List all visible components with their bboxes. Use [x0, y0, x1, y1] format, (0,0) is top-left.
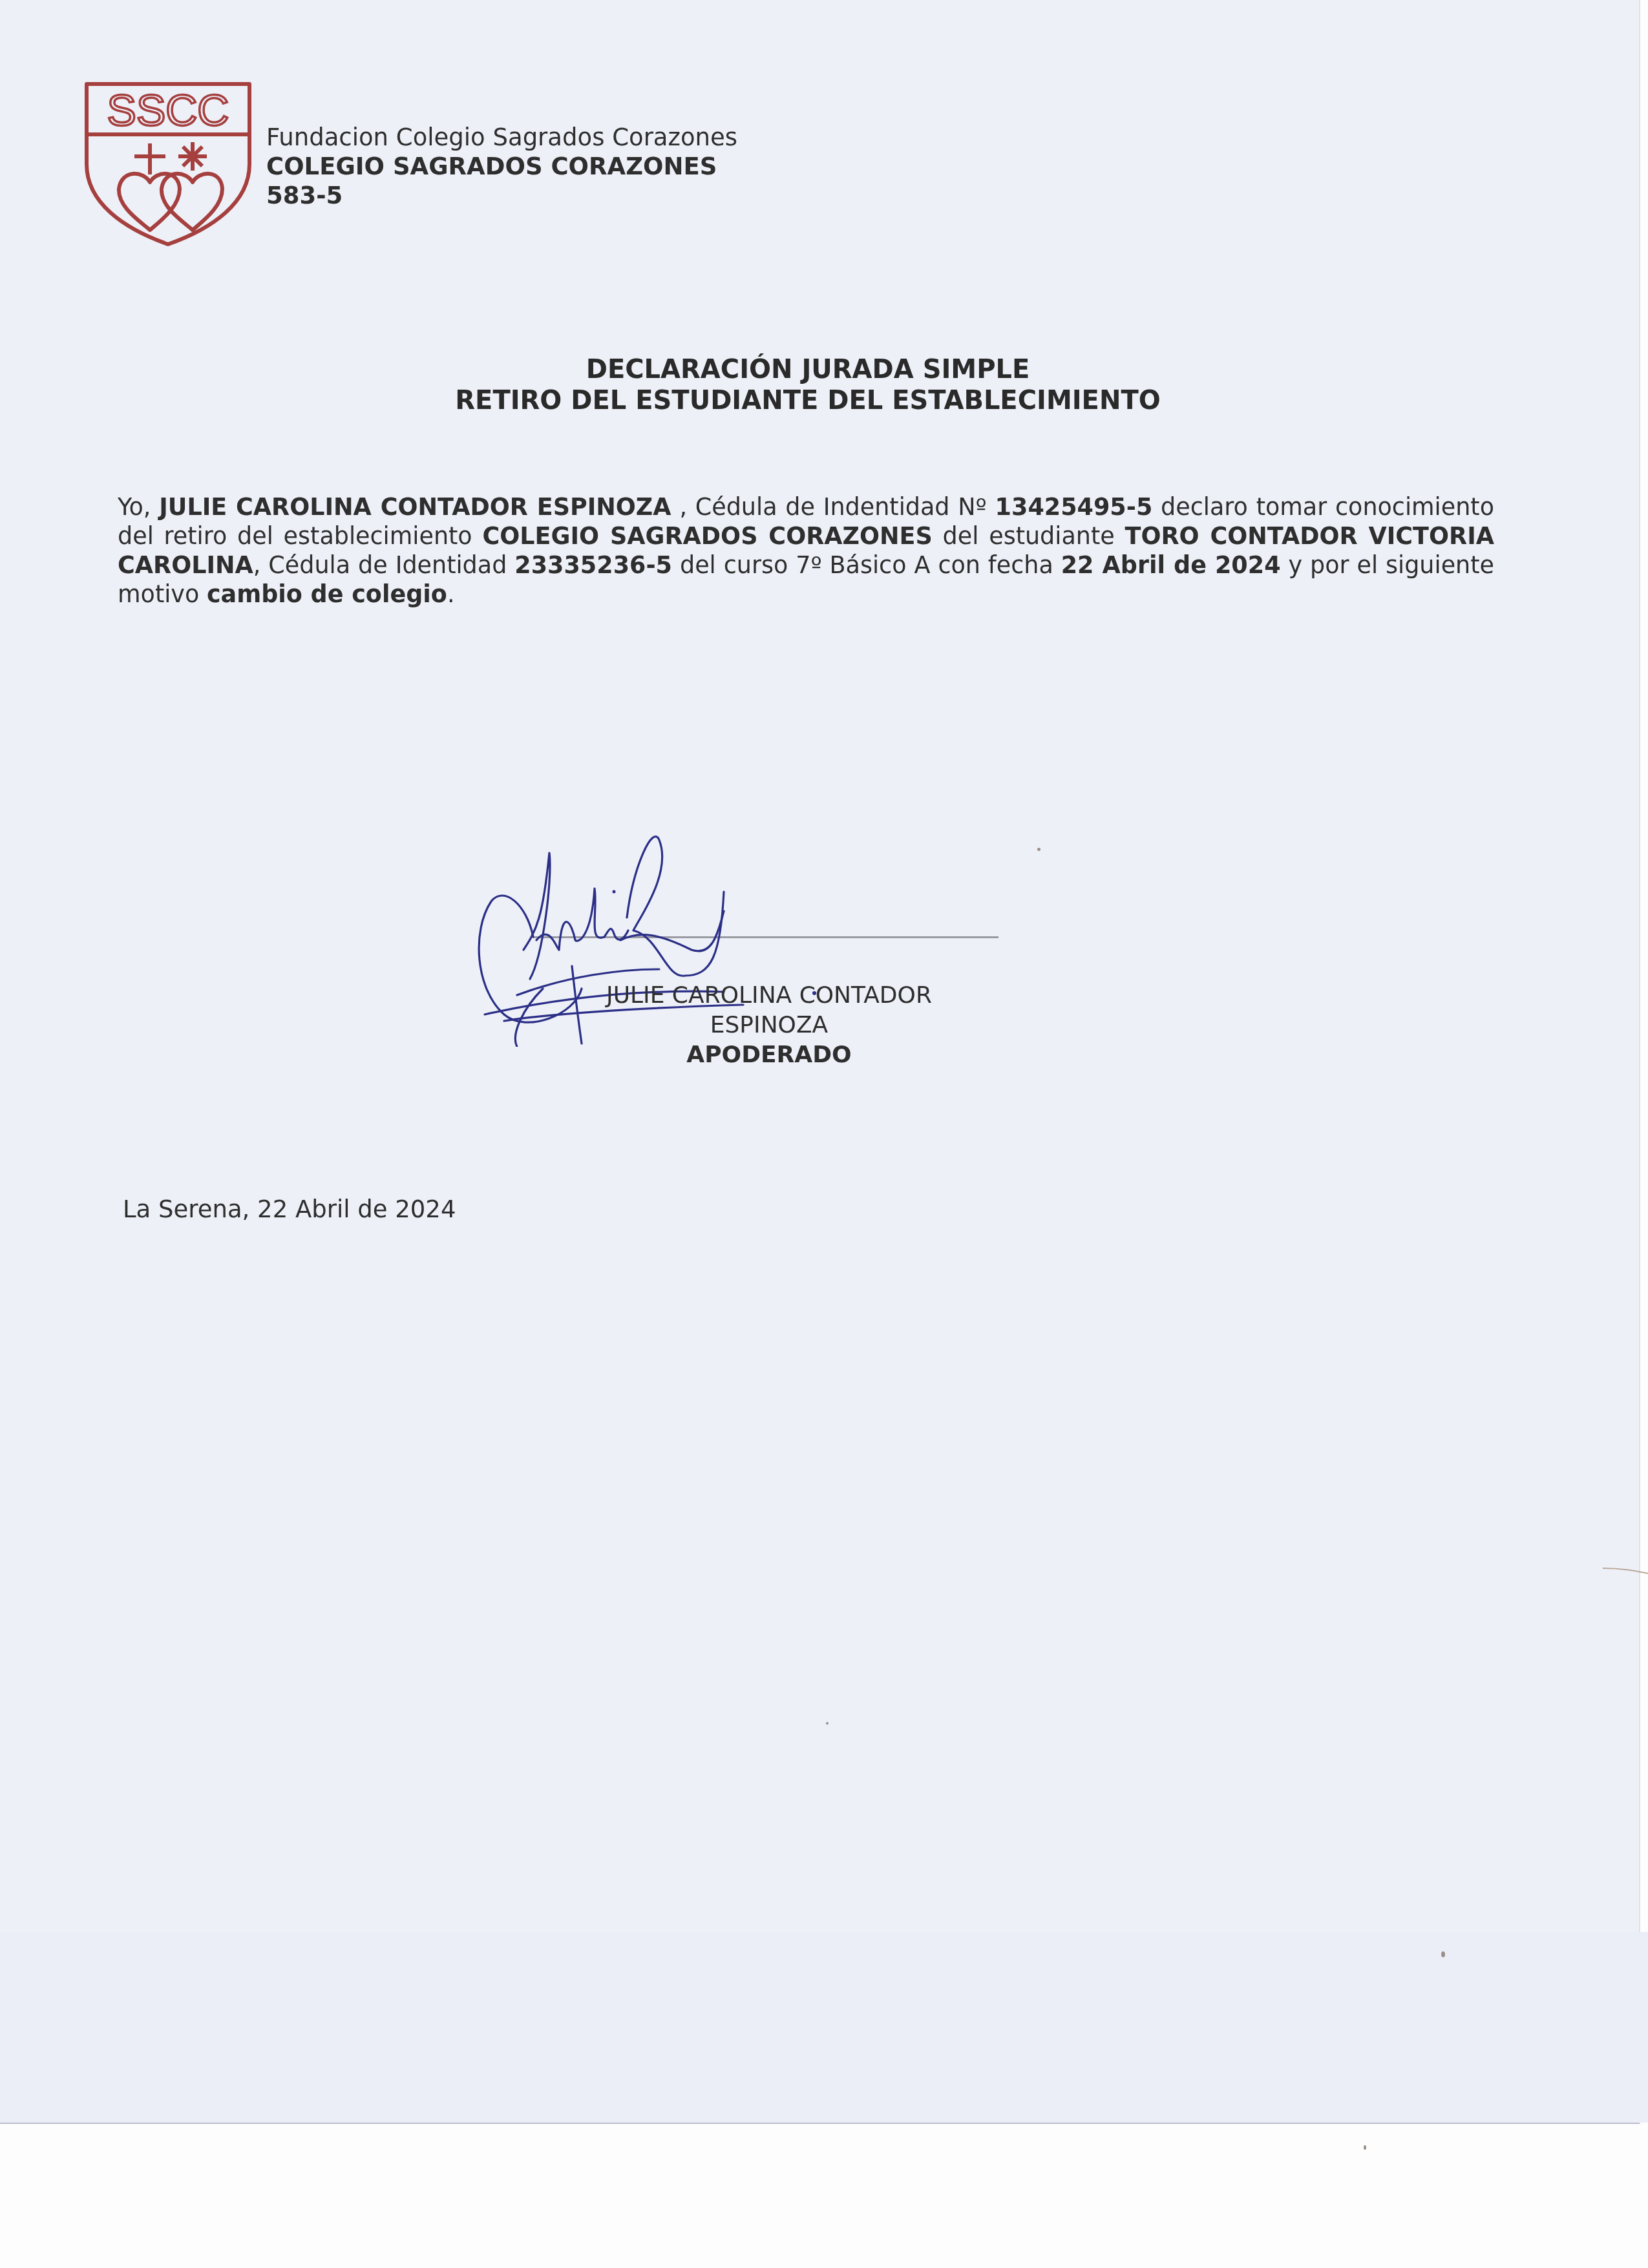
- declaration-paragraph: Yo, JULIE CAROLINA CONTADOR ESPINOZA , C…: [118, 492, 1494, 609]
- school-name-inline: COLEGIO SAGRADOS CORAZONES: [482, 522, 932, 550]
- declarant-id: 13425495-5: [995, 493, 1153, 521]
- withdrawal-date: 22 Abril de 2024: [1061, 551, 1281, 579]
- title-line-1: DECLARACIÓN JURADA SIMPLE: [0, 354, 1616, 385]
- document-title: DECLARACIÓN JURADA SIMPLE RETIRO DEL EST…: [0, 354, 1616, 416]
- scan-speck: [826, 1722, 829, 1725]
- student-id: 23335236-5: [514, 551, 672, 579]
- scan-mark: [1603, 1567, 1648, 1575]
- signer-role: APODERADO: [530, 1040, 1008, 1070]
- letterhead-text: Fundacion Colegio Sagrados Corazones COL…: [266, 123, 737, 210]
- school-name: COLEGIO SAGRADOS CORAZONES: [266, 152, 737, 181]
- svg-text:SSCC: SSCC: [107, 86, 229, 135]
- scan-speck: [1441, 1951, 1445, 1957]
- withdrawal-reason: cambio de colegio: [207, 580, 447, 608]
- title-line-2: RETIRO DEL ESTUDIANTE DEL ESTABLECIMIENT…: [0, 385, 1616, 416]
- school-logo-icon: SSCC: [83, 80, 253, 247]
- text: , Cédula de Identidad: [253, 551, 514, 579]
- signer-name-line-1: JULIE CAROLINA CONTADOR: [530, 981, 1008, 1011]
- declarant-name: JULIE CAROLINA CONTADOR ESPINOZA: [159, 493, 671, 521]
- text: .: [447, 580, 455, 608]
- school-code: 583-5: [266, 181, 737, 210]
- text: Yo,: [118, 493, 159, 521]
- signer-block: JULIE CAROLINA CONTADOR ESPINOZA APODERA…: [530, 981, 1008, 1070]
- signer-name-line-2: ESPINOZA: [530, 1011, 1008, 1040]
- foundation-name: Fundacion Colegio Sagrados Corazones: [266, 123, 737, 152]
- scan-speck: [1364, 2145, 1366, 2150]
- place-and-date: La Serena, 22 Abril de 2024: [123, 1195, 456, 1223]
- paper-shade: [0, 1932, 1648, 2123]
- text: , Cédula de Indentidad Nº: [671, 493, 995, 521]
- scan-speck: [1037, 848, 1041, 851]
- text: del estudiante: [933, 522, 1125, 550]
- text: del curso 7º Básico A con fecha: [672, 551, 1061, 579]
